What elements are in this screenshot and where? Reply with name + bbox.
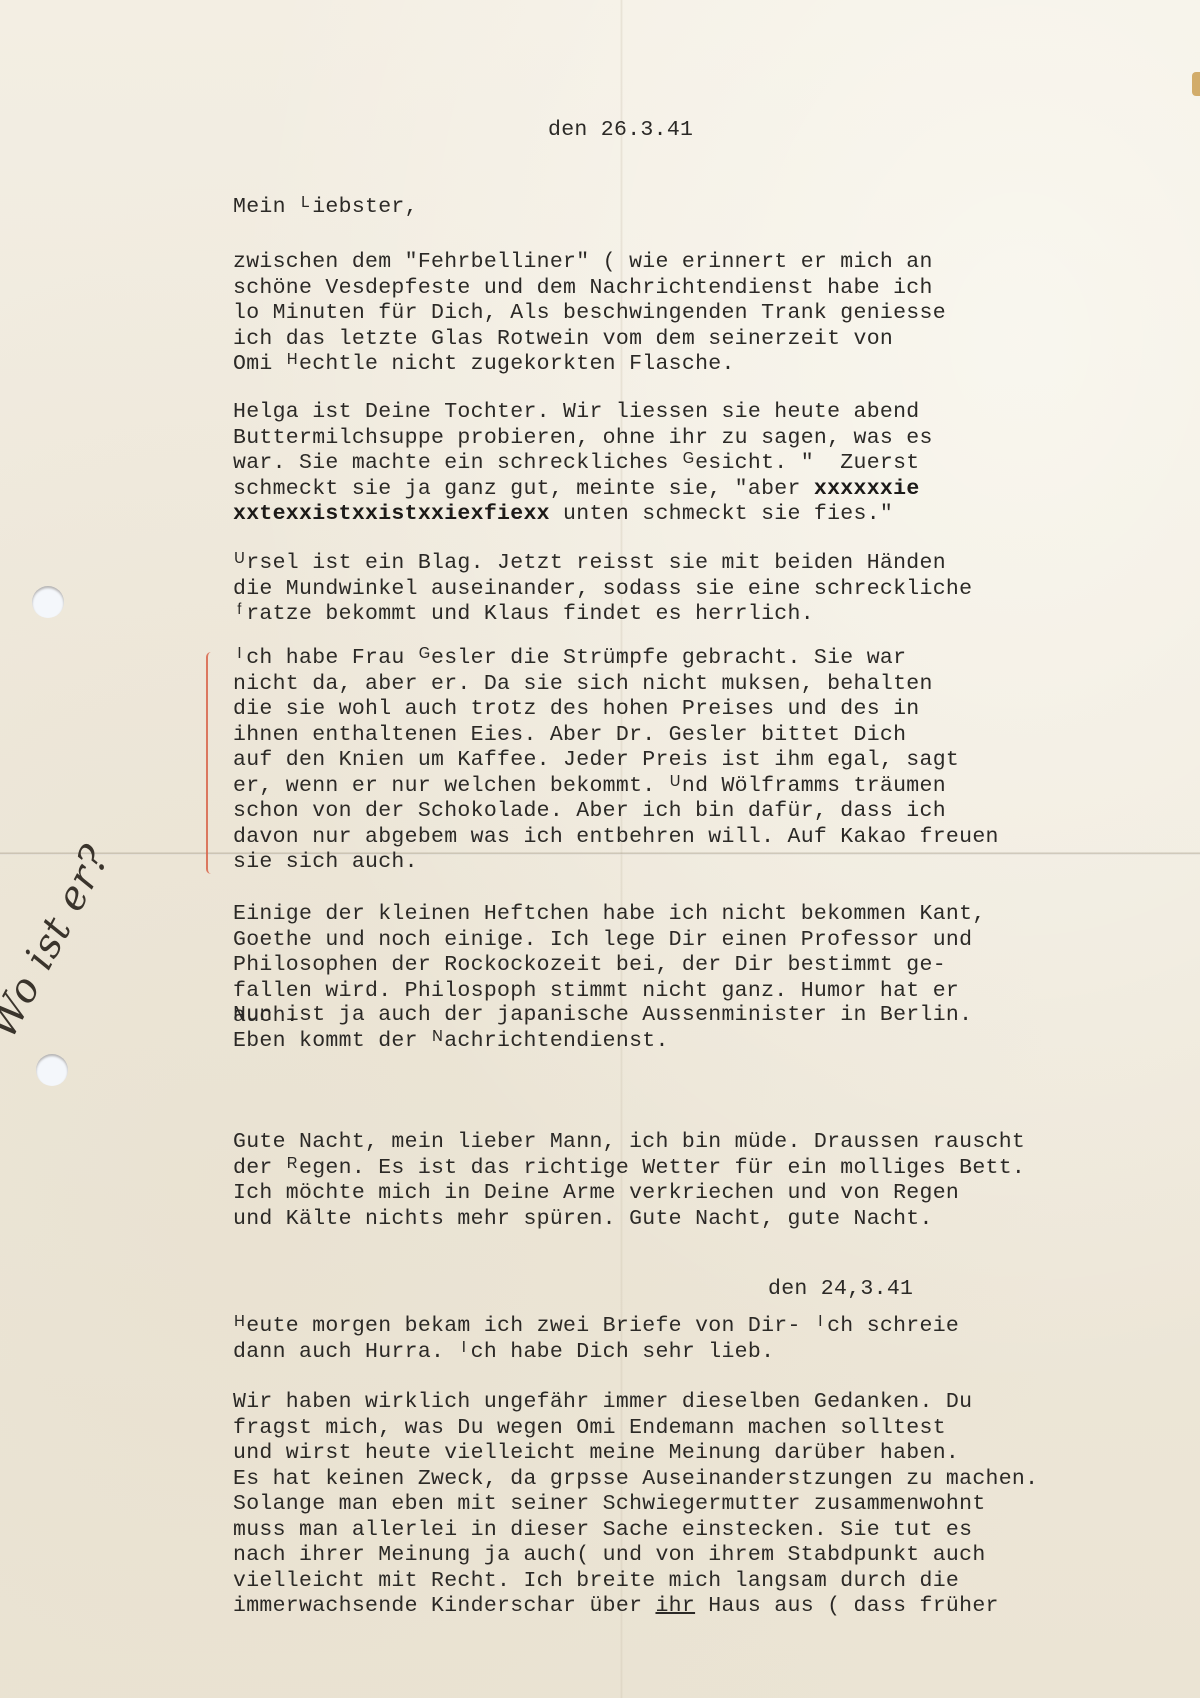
paragraph-3: ᵁrsel ist ein Blag. Jetzt reisst sie mit… bbox=[233, 551, 972, 628]
line: nicht da, aber er. Da sie sich nicht muk… bbox=[233, 672, 933, 696]
line: fragst mich, was Du wegen Omi Endemann m… bbox=[233, 1416, 946, 1440]
line: lo Minuten für Dich, Als beschwingenden … bbox=[233, 301, 946, 325]
greeting: Mein ᴸiebster, bbox=[233, 195, 418, 221]
paragraph-4: ᴵch habe Frau ᴳesler die Strümpfe gebrac… bbox=[233, 646, 999, 876]
line: und wirst heute vielleicht meine Meinung… bbox=[233, 1441, 959, 1465]
paragraph-8: ᴴeute morgen bekam ich zwei Briefe von D… bbox=[233, 1314, 959, 1365]
line: Gute Nacht, mein lieber Mann, ich bin mü… bbox=[233, 1130, 1025, 1154]
line: dann auch Hurra. ᴵch habe Dich sehr lieb… bbox=[233, 1340, 774, 1364]
line: Omi ᴴechtle nicht zugekorkten Flasche. bbox=[233, 352, 735, 376]
line: er, wenn er nur welchen bekommt. ᵁnd Wöl… bbox=[233, 774, 946, 798]
line: Nun ist ja auch der japanische Aussenmin… bbox=[233, 1003, 972, 1027]
line: war. Sie machte ein schreckliches ᴳesich… bbox=[233, 451, 920, 475]
line: schmeckt sie ja ganz gut, meinte sie, "a… bbox=[233, 477, 814, 501]
line: Wir haben wirklich ungefähr immer diesel… bbox=[233, 1390, 972, 1414]
line: ᴴeute morgen bekam ich zwei Briefe von D… bbox=[233, 1314, 959, 1338]
line: Es hat keinen Zweck, da grpsse Auseinand… bbox=[233, 1467, 1038, 1491]
line: Eben kommt der ᴺachrichtendienst. bbox=[233, 1029, 669, 1053]
paragraph-6: Nun ist ja auch der japanische Aussenmin… bbox=[233, 1003, 972, 1054]
struck-text: xxxxxxie bbox=[814, 477, 920, 501]
line: ihnen enthaltenen Eies. Aber Dr. Gesler … bbox=[233, 723, 906, 747]
line: vielleicht mit Recht. Ich breite mich la… bbox=[233, 1569, 959, 1593]
line: nach ihrer Meinung ja auch( und von ihre… bbox=[233, 1543, 986, 1567]
line: ᶠratze bekommt und Klaus findet es herrl… bbox=[233, 602, 814, 626]
date-header-2: den 24,3.41 bbox=[768, 1277, 913, 1303]
paragraph-1: zwischen dem "Fehrbelliner" ( wie erinne… bbox=[233, 250, 946, 378]
line: fallen wird. Philospoph stimmt nicht gan… bbox=[233, 979, 959, 1003]
paragraph-9: Wir haben wirklich ungefähr immer diesel… bbox=[233, 1390, 1038, 1620]
line: zwischen dem "Fehrbelliner" ( wie erinne… bbox=[233, 250, 933, 274]
line: Helga ist Deine Tochter. Wir liessen sie… bbox=[233, 400, 920, 424]
line: schöne Vesdepfeste und dem Nachrichtendi… bbox=[233, 276, 933, 300]
handwritten-margin-note: Wo ist er? bbox=[0, 838, 119, 1046]
line: sie sich auch. bbox=[233, 850, 418, 874]
punch-hole-top bbox=[32, 586, 64, 618]
line: unten schmeckt sie fies." bbox=[550, 502, 893, 526]
letter-page: den 26.3.41 Mein ᴸiebster, zwischen dem … bbox=[0, 0, 1200, 1698]
line: ᴵch habe Frau ᴳesler die Strümpfe gebrac… bbox=[233, 646, 906, 670]
struck-text: xxtexxistxxistxxiexfiexx bbox=[233, 502, 550, 526]
underlined-word: ihr bbox=[655, 1594, 695, 1618]
line: schon von der Schokolade. Aber ich bin d… bbox=[233, 799, 946, 823]
edge-stain bbox=[1192, 72, 1200, 96]
line: die Mundwinkel auseinander, sodass sie e… bbox=[233, 577, 972, 601]
line: Buttermilchsuppe probieren, ohne ihr zu … bbox=[233, 426, 933, 450]
line: die sie wohl auch trotz des hohen Preise… bbox=[233, 697, 920, 721]
line: Haus aus ( dass früher bbox=[695, 1594, 999, 1618]
date-header-1: den 26.3.41 bbox=[548, 118, 693, 144]
line: Ich möchte mich in Deine Arme verkrieche… bbox=[233, 1181, 959, 1205]
line: Goethe und noch einige. Ich lege Dir ein… bbox=[233, 928, 972, 952]
line: muss man allerlei in dieser Sache einste… bbox=[233, 1518, 972, 1542]
line: Philosophen der Rockockozeit bei, der Di… bbox=[233, 953, 946, 977]
line: und Kälte nichts mehr spüren. Gute Nacht… bbox=[233, 1207, 933, 1231]
line: Solange man eben mit seiner Schwiegermut… bbox=[233, 1492, 986, 1516]
punch-hole-bottom bbox=[36, 1054, 68, 1086]
line: davon nur abgebem was ich entbehren will… bbox=[233, 825, 999, 849]
line: immerwachsende Kinderschar über bbox=[233, 1594, 655, 1618]
line: der ᴿegen. Es ist das richtige Wetter fü… bbox=[233, 1156, 1025, 1180]
line: ᵁrsel ist ein Blag. Jetzt reisst sie mit… bbox=[233, 551, 946, 575]
line: ich das letzte Glas Rotwein vom dem sein… bbox=[233, 327, 893, 351]
line: auf den Knien um Kaffee. Jeder Preis ist… bbox=[233, 748, 959, 772]
red-margin-mark bbox=[206, 652, 211, 874]
paragraph-7: Gute Nacht, mein lieber Mann, ich bin mü… bbox=[233, 1130, 1025, 1232]
line: Einige der kleinen Heftchen habe ich nic… bbox=[233, 902, 986, 926]
paragraph-2: Helga ist Deine Tochter. Wir liessen sie… bbox=[233, 400, 933, 528]
